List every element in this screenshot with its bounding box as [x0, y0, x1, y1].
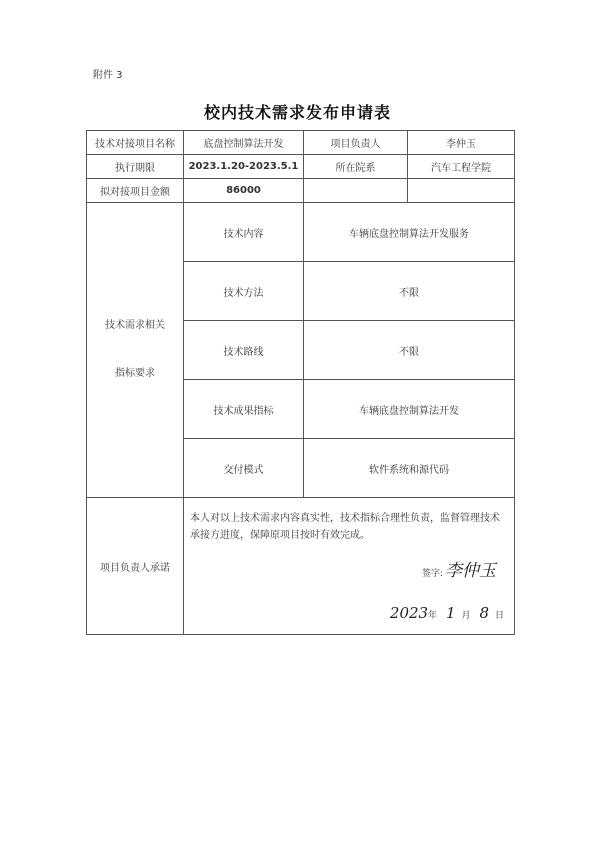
tech-content-value: 车辆底盘控制算法开发服务 [304, 203, 515, 262]
requirements-group-label-line1: 技术需求相关 [87, 302, 183, 350]
date-month: 1 [446, 604, 456, 622]
pledge-label: 项目负责人承诺 [87, 498, 184, 635]
project-leader-label: 项目负责人 [304, 131, 408, 155]
project-name-label: 技术对接项目名称 [87, 131, 184, 155]
requirements-group-label: 技术需求相关 指标要求 [87, 203, 184, 498]
tech-result-value: 车辆底盘控制算法开发 [304, 380, 515, 439]
period-label: 执行期限 [87, 155, 184, 179]
amount-value: 86000 [184, 179, 304, 203]
month-char: 月 [462, 611, 471, 621]
empty-cell [304, 179, 408, 203]
tech-method-label: 技术方法 [184, 262, 304, 321]
table-row: 技术对接项目名称 底盘控制算法开发 项目负责人 李仲玉 [87, 131, 515, 155]
amount-label: 拟对接项目金额 [87, 179, 184, 203]
empty-cell [408, 179, 515, 203]
table-row: 技术需求相关 指标要求 技术内容 车辆底盘控制算法开发服务 [87, 203, 515, 262]
date-day: 8 [479, 604, 489, 622]
delivery-mode-label: 交付模式 [184, 439, 304, 498]
year-char: 年 [428, 611, 437, 621]
day-char: 日 [495, 611, 504, 621]
tech-content-label: 技术内容 [184, 203, 304, 262]
project-leader-value: 李仲玉 [408, 131, 515, 155]
signature-block: 签字:李仲玉 [422, 556, 496, 581]
table-row: 项目负责人承诺 本人对以上技术需求内容真实性，技术指标合理性负责，监督管理技术承… [87, 498, 515, 635]
project-name-value: 底盘控制算法开发 [184, 131, 304, 155]
page-title: 校内技术需求发布申请表 [0, 100, 595, 123]
date-year: 2023 [390, 604, 428, 622]
application-form-table: 技术对接项目名称 底盘控制算法开发 项目负责人 李仲玉 执行期限 2023.1.… [86, 130, 515, 635]
tech-result-label: 技术成果指标 [184, 380, 304, 439]
sign-date: 2023年 1月 8日 [390, 604, 504, 622]
department-value: 汽车工程学院 [408, 155, 515, 179]
attachment-label: 附件 3 [93, 66, 123, 81]
tech-method-value: 不限 [304, 262, 515, 321]
tech-route-label: 技术路线 [184, 321, 304, 380]
department-label: 所在院系 [304, 155, 408, 179]
table-row: 拟对接项目金额 86000 [87, 179, 515, 203]
period-value: 2023.1.20-2023.5.1 [184, 155, 304, 179]
pledge-cell: 本人对以上技术需求内容真实性，技术指标合理性负责，监督管理技术承接方进度，保障原… [184, 498, 515, 635]
delivery-mode-value: 软件系统和源代码 [304, 439, 515, 498]
tech-route-value: 不限 [304, 321, 515, 380]
sign-label: 签字: [422, 569, 443, 579]
requirements-group-label-line2: 指标要求 [87, 350, 183, 398]
table-row: 执行期限 2023.1.20-2023.5.1 所在院系 汽车工程学院 [87, 155, 515, 179]
handwritten-signature: 李仲玉 [445, 561, 496, 581]
pledge-text: 本人对以上技术需求内容真实性，技术指标合理性负责，监督管理技术承接方进度，保障原… [190, 510, 508, 544]
